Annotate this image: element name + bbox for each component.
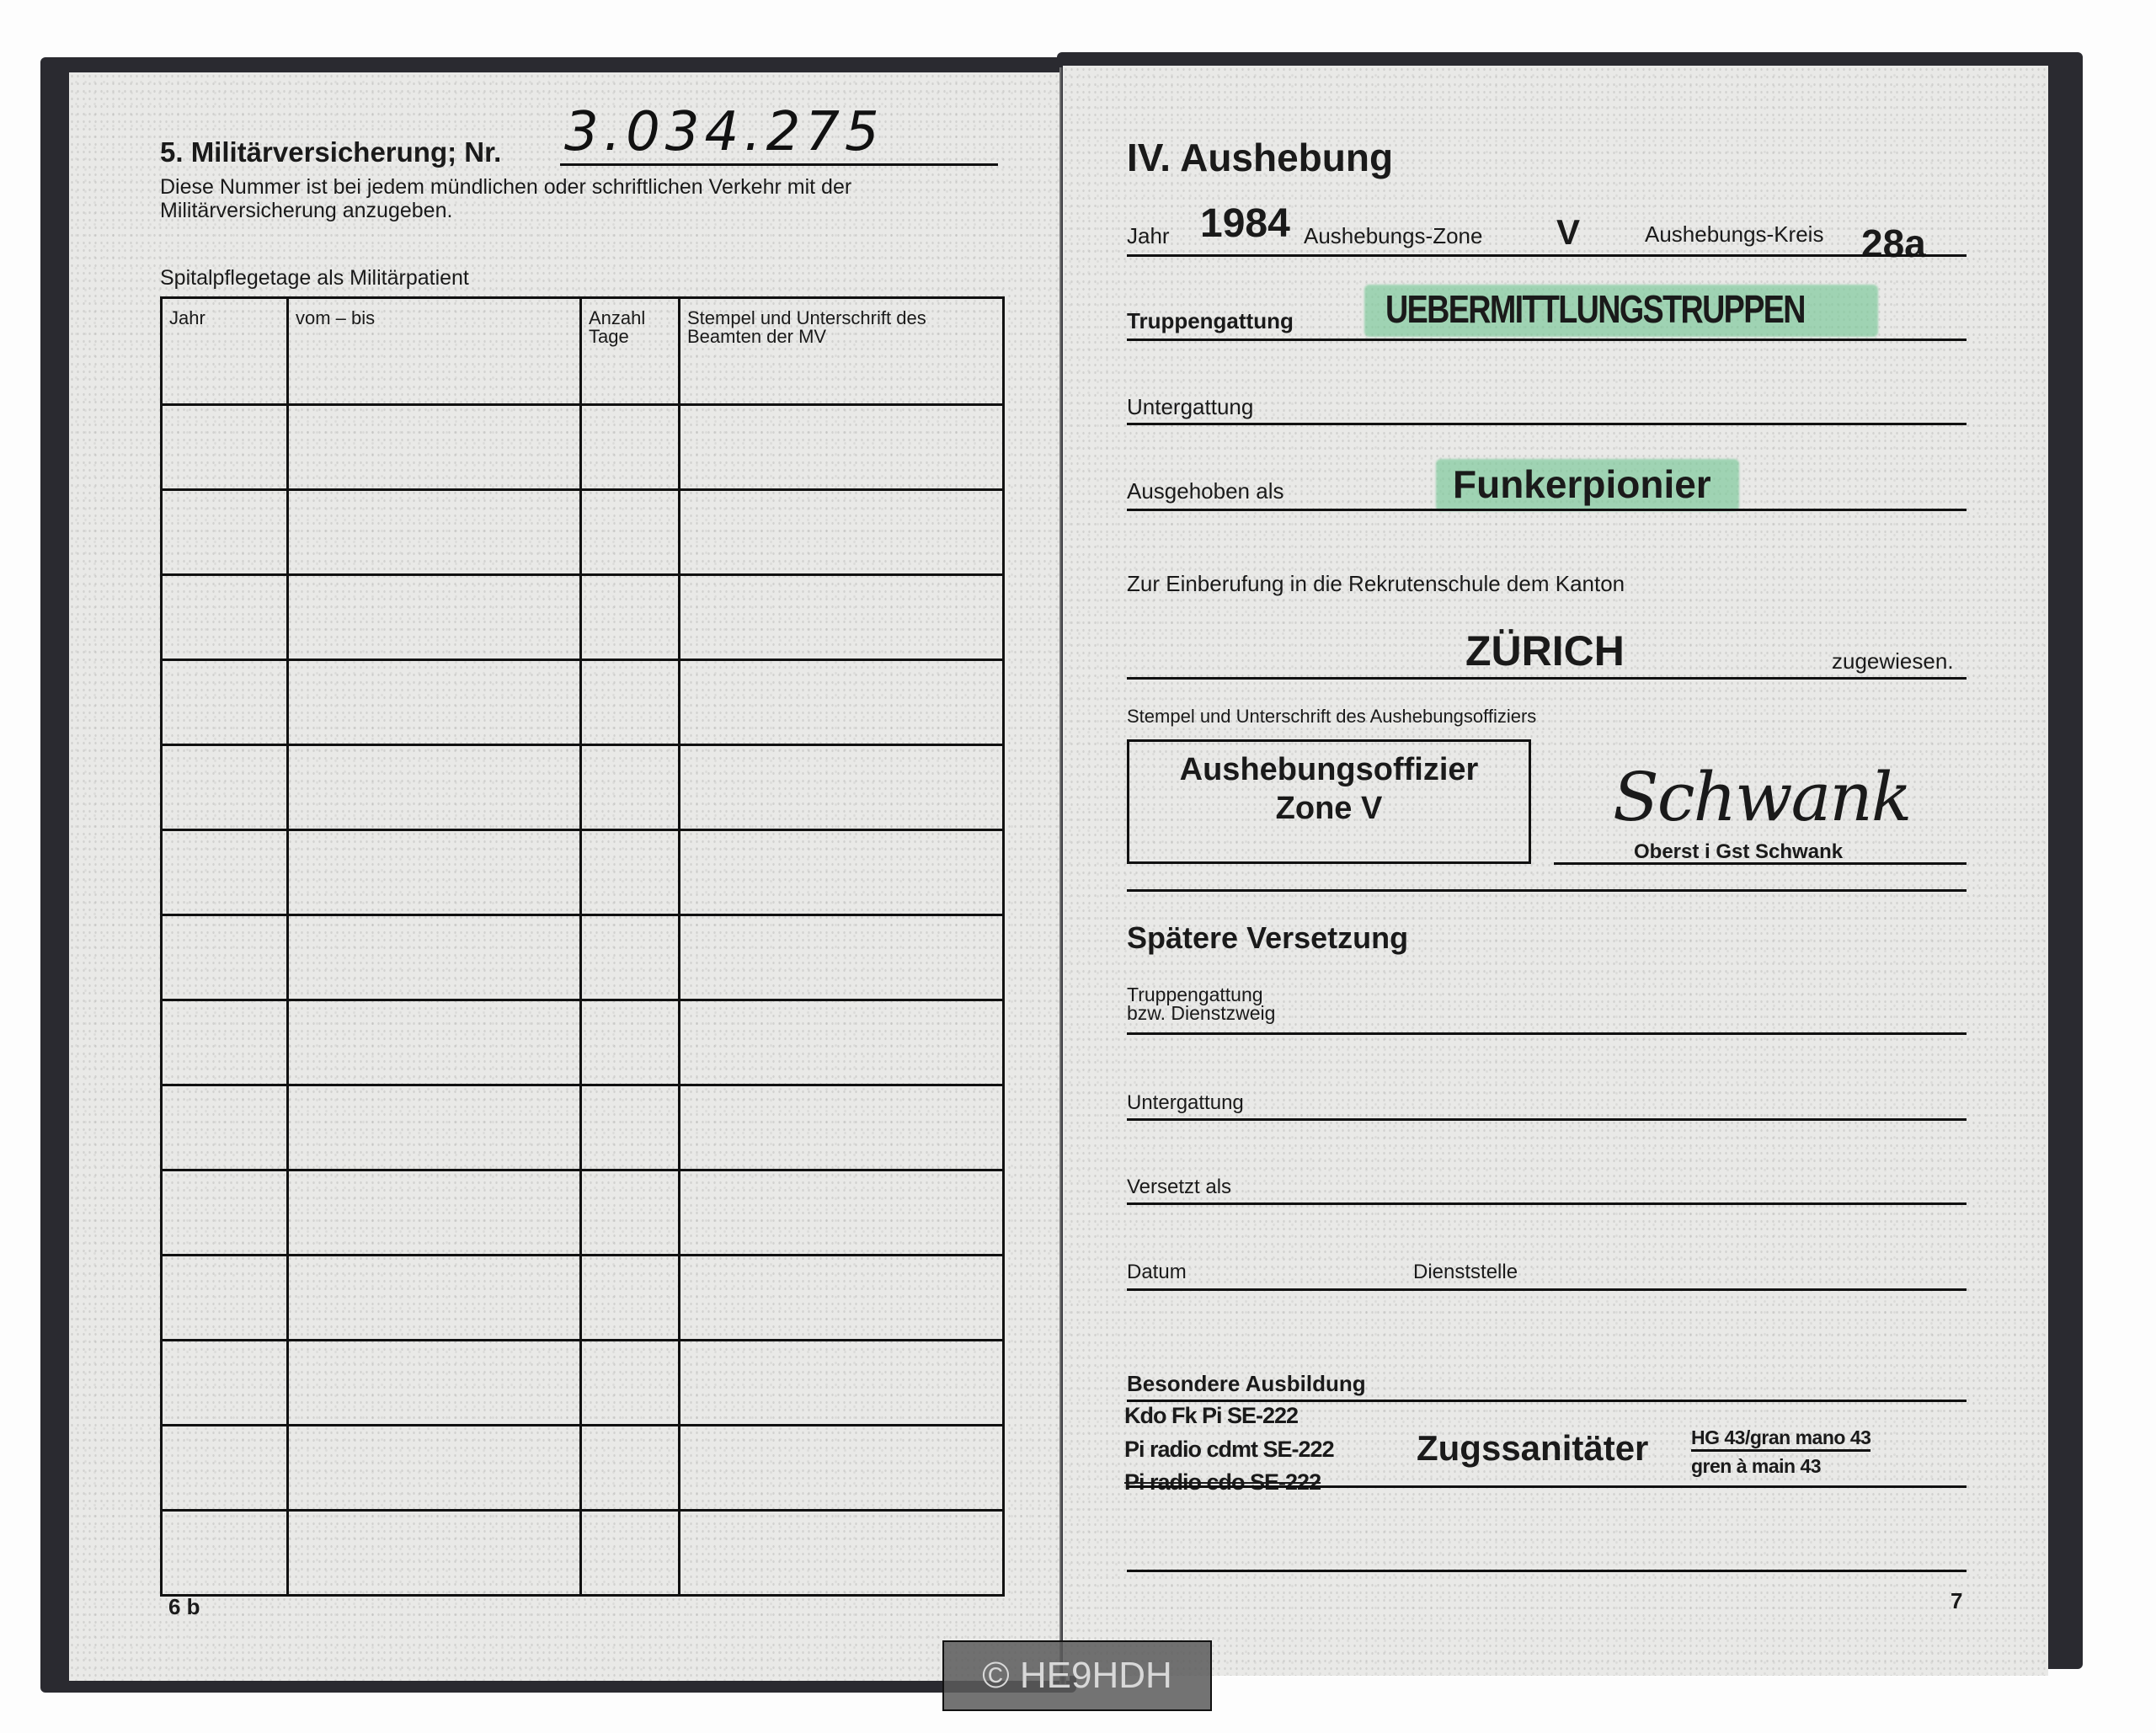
date-office-line xyxy=(1127,1288,1967,1291)
table-row xyxy=(162,660,1004,745)
signature-line xyxy=(1554,862,1967,865)
table-cell xyxy=(680,660,1004,745)
table-row xyxy=(162,490,1004,575)
transferred-as-line xyxy=(1127,1202,1967,1205)
table-row xyxy=(162,1426,1004,1511)
table-row xyxy=(162,830,1004,915)
table-cell xyxy=(288,1000,581,1085)
page-number-left: 6 b xyxy=(168,1594,200,1620)
table-cell xyxy=(288,915,581,1000)
table-cell xyxy=(581,575,680,660)
table-cell xyxy=(581,490,680,575)
table-cell xyxy=(162,660,288,745)
table-cell xyxy=(288,830,581,915)
table-row xyxy=(162,405,1004,490)
table-row xyxy=(162,1000,1004,1085)
table-cell xyxy=(288,1341,581,1426)
table-cell xyxy=(288,1170,581,1256)
military-insurance-title: 5. Militärversicherung; Nr. xyxy=(160,136,501,168)
zone-label: Aushebungs-Zone xyxy=(1304,223,1482,249)
subbranch-label: Untergattung xyxy=(1127,394,1253,420)
insurance-number: 3.034.275 xyxy=(564,101,884,163)
table-cell xyxy=(680,1256,1004,1341)
stamp-line-2: Zone V xyxy=(1129,789,1529,828)
table-row xyxy=(162,575,1004,660)
hospital-days-caption: Spitalpflegetage als Militärpatient xyxy=(160,266,469,291)
table-cell xyxy=(680,1000,1004,1085)
header-stamp: Stempel und Unterschrift des Beamten der… xyxy=(680,298,1004,405)
table-cell xyxy=(288,1256,581,1341)
medic-entry: Zugssanitäter xyxy=(1417,1428,1648,1469)
table-cell xyxy=(680,1085,1004,1170)
transfer-branch-label: Truppengattung bzw. Dienstzweig xyxy=(1127,985,1275,1022)
table-cell xyxy=(288,1085,581,1170)
table-cell xyxy=(581,1000,680,1085)
table-cell xyxy=(680,575,1004,660)
later-transfer-title: Spätere Versetzung xyxy=(1127,920,1408,956)
district-value: 28a xyxy=(1861,221,1926,266)
transfer-subbranch-label: Untergattung xyxy=(1127,1091,1244,1115)
enlisted-as-label: Ausgehoben als xyxy=(1127,478,1283,504)
table-cell xyxy=(581,660,680,745)
table-row xyxy=(162,1341,1004,1426)
table-cell xyxy=(680,405,1004,490)
header-from-to: vom – bis xyxy=(288,298,581,405)
canton-value: ZÜRICH xyxy=(1465,627,1625,675)
table-row xyxy=(162,1256,1004,1341)
transfer-branch-line xyxy=(1127,1032,1967,1035)
transfer-branch-label-1: Truppengattung xyxy=(1127,985,1275,1004)
table-cell xyxy=(162,1256,288,1341)
training-line-3 xyxy=(1127,1570,1967,1572)
table-cell xyxy=(162,830,288,915)
table-row xyxy=(162,1085,1004,1170)
table-header-row: Jahr vom – bis Anzahl Tage Stempel und U… xyxy=(162,298,1004,405)
table-cell xyxy=(162,745,288,830)
table-cell xyxy=(162,1085,288,1170)
table-cell xyxy=(288,405,581,490)
special-training-label: Besondere Ausbildung xyxy=(1127,1371,1366,1397)
table-cell xyxy=(581,1426,680,1511)
grenade-line-2: gren à main 43 xyxy=(1691,1455,1821,1478)
zone-value: V xyxy=(1556,212,1580,253)
table-cell xyxy=(288,1511,581,1596)
special-training-line xyxy=(1127,1400,1967,1402)
header-days-label: Anzahl Tage xyxy=(589,309,648,346)
table-row xyxy=(162,745,1004,830)
grenade-line-1: HG 43/gran mano 43 xyxy=(1691,1426,1870,1452)
officer-signature: Schwank xyxy=(1613,758,1910,836)
table-cell xyxy=(162,1170,288,1256)
training-entry-3: Pi radio cdo SE-222 xyxy=(1124,1469,1321,1496)
page-number-right: 7 xyxy=(1951,1588,1962,1614)
canton-line xyxy=(1127,677,1967,680)
table-cell xyxy=(680,1511,1004,1596)
table-cell xyxy=(162,1426,288,1511)
subbranch-line xyxy=(1127,423,1967,425)
stamp-label: Stempel und Unterschrift des Aushebungso… xyxy=(1127,706,1536,728)
conscription-title: IV. Aushebung xyxy=(1127,135,1393,180)
office-label: Dienststelle xyxy=(1413,1261,1518,1284)
table-cell xyxy=(680,830,1004,915)
table-row xyxy=(162,915,1004,1000)
table-cell xyxy=(680,1426,1004,1511)
table-cell xyxy=(680,745,1004,830)
table-cell xyxy=(581,1511,680,1596)
assigned-label: zugewiesen. xyxy=(1832,648,1954,675)
training-entry-1: Kdo Fk Pi SE-222 xyxy=(1124,1403,1298,1429)
table-cell xyxy=(162,1511,288,1596)
table-cell xyxy=(680,1341,1004,1426)
date-label: Datum xyxy=(1127,1261,1187,1284)
transfer-branch-label-2: bzw. Dienstzweig xyxy=(1127,1004,1275,1022)
table-cell xyxy=(680,915,1004,1000)
year-value: 1984 xyxy=(1200,200,1290,247)
branch-label: Truppengattung xyxy=(1127,308,1294,334)
transfer-subbranch-line xyxy=(1127,1118,1967,1121)
branch-value: UEBERMITTLUNGSTRUPPEN xyxy=(1385,286,1805,332)
table-cell xyxy=(288,660,581,745)
table-row xyxy=(162,1170,1004,1256)
header-days: Anzahl Tage xyxy=(581,298,680,405)
table-cell xyxy=(162,1000,288,1085)
table-cell xyxy=(288,1426,581,1511)
table-cell xyxy=(581,745,680,830)
officer-name: Oberst i Gst Schwank xyxy=(1634,840,1843,864)
header-stamp-label: Stempel und Unterschrift des Beamten der… xyxy=(687,309,995,346)
district-label: Aushebungs-Kreis xyxy=(1645,221,1823,248)
table-cell xyxy=(581,1256,680,1341)
table-row xyxy=(162,1511,1004,1596)
table-cell xyxy=(581,405,680,490)
insurance-note: Diese Nummer ist bei jedem mündlichen od… xyxy=(160,175,1011,222)
transferred-as-label: Versetzt als xyxy=(1127,1176,1231,1199)
table-cell xyxy=(680,1170,1004,1256)
table-cell xyxy=(162,490,288,575)
table-cell xyxy=(162,405,288,490)
table-cell xyxy=(581,1341,680,1426)
header-year: Jahr xyxy=(162,298,288,405)
table-cell xyxy=(581,830,680,915)
table-cell xyxy=(581,1085,680,1170)
year-line xyxy=(1127,254,1967,257)
table-cell xyxy=(162,915,288,1000)
table-cell xyxy=(162,575,288,660)
insurance-number-line xyxy=(560,163,998,166)
training-entry-2: Pi radio cdmt SE-222 xyxy=(1124,1437,1334,1463)
year-label: Jahr xyxy=(1127,223,1170,249)
enlisted-as-line xyxy=(1127,509,1967,511)
stamp-line-1: Aushebungsoffizier xyxy=(1129,750,1529,789)
hospital-days-table: Jahr vom – bis Anzahl Tage Stempel und U… xyxy=(160,296,1005,1597)
canton-sentence: Zur Einberufung in die Rekrutenschule de… xyxy=(1127,571,1625,597)
training-line-2 xyxy=(1127,1485,1967,1488)
table-cell xyxy=(162,1341,288,1426)
table-cell xyxy=(680,490,1004,575)
branch-line xyxy=(1127,339,1967,341)
table-cell xyxy=(288,490,581,575)
table-cell xyxy=(288,575,581,660)
enlisted-as-value: Funkerpionier xyxy=(1453,461,1711,507)
officer-stamp: Aushebungsoffizier Zone V xyxy=(1127,739,1531,864)
table-cell xyxy=(288,745,581,830)
table-body xyxy=(162,405,1004,1596)
table-cell xyxy=(581,915,680,1000)
copyright-watermark: © HE9HDH xyxy=(942,1640,1212,1711)
table-cell xyxy=(581,1170,680,1256)
stamp-section-line xyxy=(1127,889,1967,892)
